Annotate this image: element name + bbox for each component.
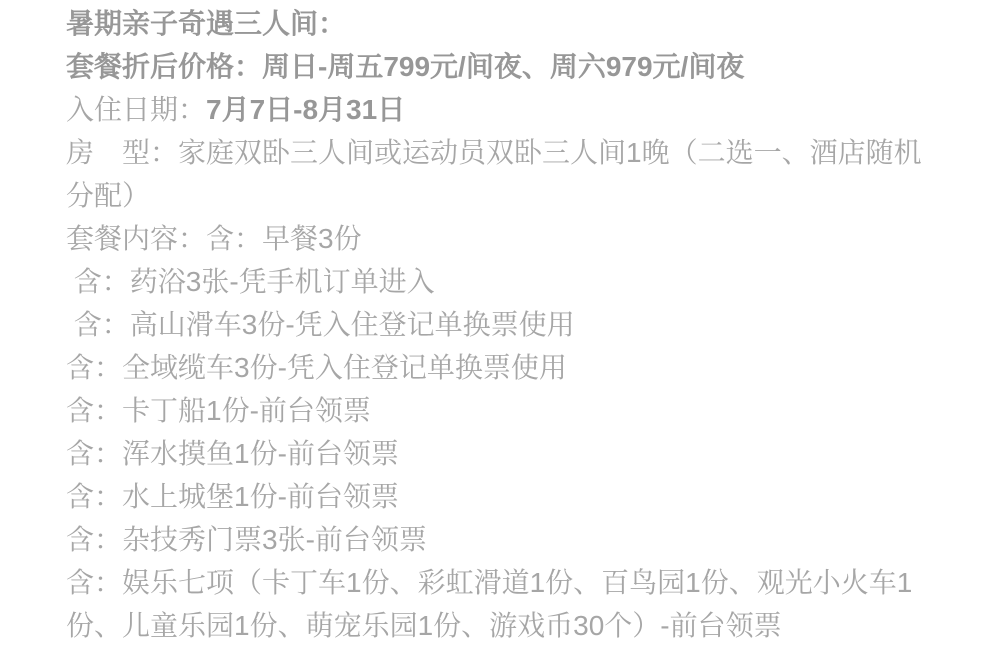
room-type-line: 房 型：家庭双卧三人间或运动员双卧三人间1晚（二选一、酒店随机分配） bbox=[66, 131, 938, 217]
package-price-line: 套餐折后价格：周日-周五799元/间夜、周六979元/间夜 bbox=[66, 45, 938, 88]
package-item-line: 含：水上城堡1份-前台领票 bbox=[66, 475, 938, 518]
package-description: 暑期亲子奇遇三人间： 套餐折后价格：周日-周五799元/间夜、周六979元/间夜… bbox=[0, 0, 1004, 647]
checkin-label: 入住日期： bbox=[66, 94, 206, 125]
package-item-line: 含：杂技秀门票3张-前台领票 bbox=[66, 518, 938, 561]
package-item-line: 含：卡丁船1份-前台领票 bbox=[66, 389, 938, 432]
package-item-line: 含：全域缆车3份-凭入住登记单换票使用 bbox=[66, 346, 938, 389]
checkin-date-line: 入住日期：7月7日-8月31日 bbox=[66, 88, 938, 131]
package-item-line: 含：药浴3张-凭手机订单进入 bbox=[66, 260, 938, 303]
package-content-line: 套餐内容：含：早餐3份 bbox=[66, 217, 938, 260]
package-item-line: 含：高山滑车3份-凭入住登记单换票使用 bbox=[66, 303, 938, 346]
package-title: 暑期亲子奇遇三人间： bbox=[66, 2, 938, 45]
package-item-line: 含：浑水摸鱼1份-前台领票 bbox=[66, 432, 938, 475]
package-item-line: 含：娱乐七项（卡丁车1份、彩虹滑道1份、百鸟园1份、观光小火车1份、儿童乐园1份… bbox=[66, 561, 938, 647]
checkin-dates: 7月7日-8月31日 bbox=[206, 94, 405, 125]
